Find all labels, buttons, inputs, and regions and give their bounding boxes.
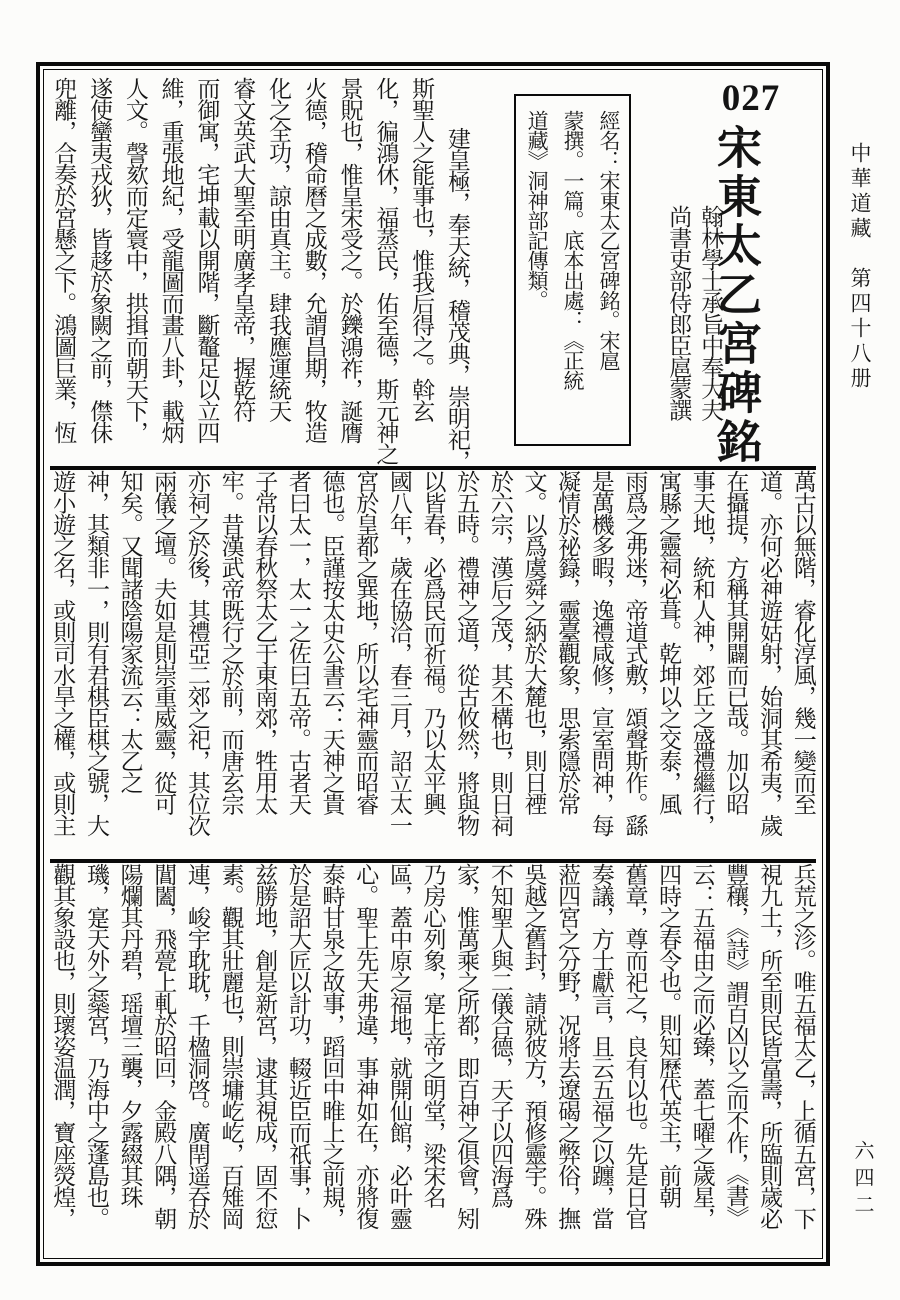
text-column: 凝情於祕籙，靈臺觀象，思索隱於常 <box>555 470 580 859</box>
text-column: 於是詔大匠以計功，輟近臣而祇事，卜 <box>286 863 311 1252</box>
text-column: 於五時。禮神之道，從古攸然，將與物 <box>454 470 479 859</box>
text-column: 寓縣之靈祠必葺。乾坤以之交泰，風 <box>656 470 681 859</box>
text-column: 奏議，方士獻言，且云五福之以躔，當 <box>589 863 614 1252</box>
text-column: 萬古以無階，睿化淳風，幾一變而至 <box>790 470 815 859</box>
text-column: 兵荒之沴。唯五福太乙，上循五宮，下 <box>790 863 815 1252</box>
attribution-column-left: 尚書吏部侍郎臣扈蒙譔 <box>666 205 691 420</box>
text-column: 璣，寔天外之蘂宮，乃海中之蓬島也。 <box>84 863 109 1252</box>
text-column: 化之全功，諒由真主。肆我應運統天 <box>266 77 291 466</box>
text-column: 兩儀之壇。夫如是則崇重威靈，從可 <box>151 470 176 859</box>
text-column: 視九土，所至則民皆富壽，所臨則歲必 <box>757 863 782 1252</box>
text-column: 者曰太一，太一之佐曰五帝。古者天 <box>286 470 311 859</box>
text-column: 化，徧鴻休，福蒸民，佑至德，斯元神之 <box>373 77 398 466</box>
text-column: 遊小遊之名，或則司水旱之權，或則主 <box>50 470 75 859</box>
text-column: 國八年，歲在協洽，春三月，詔立太一 <box>387 470 412 859</box>
text-column: 遂使蠻夷戎狄，皆趍於象闕之前，僸佅 <box>87 77 112 466</box>
text-column: 文。以爲虞舜之納於大麓也，則日禋 <box>521 470 546 859</box>
text-column: 人文。謦欬而定寰中，拱揖而朝天下， <box>123 77 148 466</box>
text-column: 心。聖上先天弗違，事神如在，亦將復 <box>353 863 378 1252</box>
attribution-column-right: 翰林學士承旨中奉大夫 <box>698 205 723 420</box>
text-column: 睿文英武大聖至明廣孝皇帝，握乾符 <box>230 77 255 466</box>
text-column: 豐穰，《詩》謂百凶以之而不作，《書》 <box>723 863 748 1252</box>
book-page: 中華道藏 第四十八册 六四二 027 宋東太乙宮碑銘 翰林學士承旨中奉大夫 尚書… <box>0 0 900 1300</box>
text-column: 道。亦何必神遊姑射，始洞其希夷，歲 <box>757 470 782 859</box>
section-bottom: 兵荒之沴。唯五福太乙，上循五宮，下視九土，所至則民皆富壽，所臨則歲必豐穰，《詩》… <box>50 859 816 1252</box>
edition-volume-label: 中華道藏 第四十八册 <box>849 142 870 392</box>
title-block: 027 宋東太乙宮碑銘 <box>712 79 790 466</box>
scripture-note-box: 經名：宋東太乙宮碑銘。宋扈蒙撰。一篇。底本出處：《正統道藏》洞神部記傳類。 <box>514 94 631 446</box>
note-column: 道藏》洞神部記傳類。 <box>525 110 548 430</box>
text-column: 德也。臣謹按太史公書云：天神之貴 <box>319 470 344 859</box>
text-column: 吳越之舊封，請就彼方，預修靈宇。殊 <box>521 863 546 1252</box>
text-column: 宮於皇都之巽地，所以宅神靈而昭睿 <box>353 470 378 859</box>
text-column: 亦祠之於後，其禮亞二郊之祀，其位次 <box>185 470 210 859</box>
text-column: 在攝提，方稱其開闢而已哉。加以昭 <box>723 470 748 859</box>
text-column: 泰畤甘泉之故事，蹈回中睢上之前規， <box>319 863 344 1252</box>
text-column: 陽爛其丹碧，瑶壇三襲，夕露綴其珠 <box>117 863 142 1252</box>
text-column: 於六宗，漢后之茂，其丕構也，則日祠 <box>488 470 513 859</box>
text-column: 連，峻宇耽耽，千楹洞啓。廣閈遥吞於 <box>185 863 210 1252</box>
text-column: 舊章，尊而祀之，良有以也。先是日官 <box>622 863 647 1252</box>
note-columns: 經名：宋東太乙宮碑銘。宋扈蒙撰。一篇。底本出處：《正統道藏》洞神部記傳類。 <box>525 110 620 430</box>
note-column: 蒙撰。一篇。底本出處：《正統 <box>561 110 584 430</box>
content-frame: 027 宋東太乙宮碑銘 翰林學士承旨中奉大夫 尚書吏部侍郎臣扈蒙譔 經名：宋東太… <box>36 62 830 1266</box>
text-column: 以皆春，必爲民而祈福。乃以太平興 <box>420 470 445 859</box>
folio-page-number: 六四二 <box>852 1140 872 1221</box>
text-column: 四時之春令也。則知歷代英主，前朝 <box>656 863 681 1252</box>
text-column: 家，惟萬乘之所都，即百神之俱會，矧 <box>454 863 479 1252</box>
text-column: 云：五福由之而必臻，蓋七曜之歲星， <box>689 863 714 1252</box>
text-column: 閶闔，飛甍上軋於昭回，金殿八隅，朝 <box>151 863 176 1252</box>
text-column: 蒞四宮之分野，况將去遼碣之弊俗，撫 <box>555 863 580 1252</box>
text-columns-bottom: 兵荒之沴。唯五福太乙，上循五宮，下視九土，所至則民皆富壽，所臨則歲必豐穰，《詩》… <box>50 863 816 1252</box>
text-column: 斯聖人之能事也，惟我后得之。斡玄 <box>409 77 434 466</box>
text-column: 區，蓋中原之福地，就開仙館，必叶靈 <box>387 863 412 1252</box>
text-column: 雨爲之弗迷，帝道式敷，頌聲斯作。繇 <box>622 470 647 859</box>
text-column: 不知聖人與二儀合德，天子以四海爲 <box>488 863 513 1252</box>
section-top: 027 宋東太乙宮碑銘 翰林學士承旨中奉大夫 尚書吏部侍郎臣扈蒙譔 經名：宋東太… <box>50 77 816 466</box>
section-middle: 萬古以無階，睿化淳風，幾一變而至道。亦何必神遊姑射，始洞其希夷，歲在攝提，方稱其… <box>50 466 816 859</box>
text-column: 景貺也，惟皇宋受之。於鑠鴻祚，誕膺 <box>337 77 362 466</box>
text-column: 建皇極，奉天統，稽茂典，崇明祀， <box>445 77 470 466</box>
text-column: 而御寓，宅坤載以開階，斷鼇足以立四 <box>194 77 219 466</box>
text-column: 神，其類非一，則有君棋臣棋之號，大 <box>84 470 109 859</box>
text-column: 觀其象設也，則瓌姿温潤，寶座熒煌， <box>50 863 75 1252</box>
note-column: 經名：宋東太乙宮碑銘。宋扈 <box>597 110 620 430</box>
text-columns-top: 建皇極，奉天統，稽茂典，崇明祀，斯聖人之能事也，惟我后得之。斡玄化，徧鴻休，福蒸… <box>51 77 470 466</box>
content-frame-inner: 027 宋東太乙宮碑銘 翰林學士承旨中奉大夫 尚書吏部侍郎臣扈蒙譔 經名：宋東太… <box>43 69 823 1259</box>
text-column: 乃房心列象，寔上帝之明堂，梁宋名 <box>420 863 445 1252</box>
text-column: 兜離，合奏於宮懸之下。鴻圖巨業，恆 <box>51 77 76 466</box>
entry-number: 027 <box>712 79 790 120</box>
text-column: 知矣。又聞諸陰陽家流云：太乙之 <box>117 470 142 859</box>
text-column: 素。觀其壯麗也，則崇墉屹屹，百雉岡 <box>218 863 243 1252</box>
text-column: 火德，稽命曆之成數，允謂昌期，牧造 <box>301 77 326 466</box>
text-column: 兹勝地，創是新宮，逮其視成，固不愆 <box>252 863 277 1252</box>
text-column: 牢。昔漢武帝既行之於前，而唐玄宗 <box>218 470 243 859</box>
text-column: 維，重張地紀，受龍圖而畫八卦，載炳 <box>158 77 183 466</box>
text-column: 是萬機多暇，逸禮咸修，宣室問神，每 <box>589 470 614 859</box>
text-column: 事天地，統和人神，郊丘之盛禮繼行， <box>689 470 714 859</box>
text-column: 子常以春秋祭太乙于東南郊，牲用太 <box>252 470 277 859</box>
text-columns-middle: 萬古以無階，睿化淳風，幾一變而至道。亦何必神遊姑射，始洞其希夷，歲在攝提，方稱其… <box>50 470 816 859</box>
